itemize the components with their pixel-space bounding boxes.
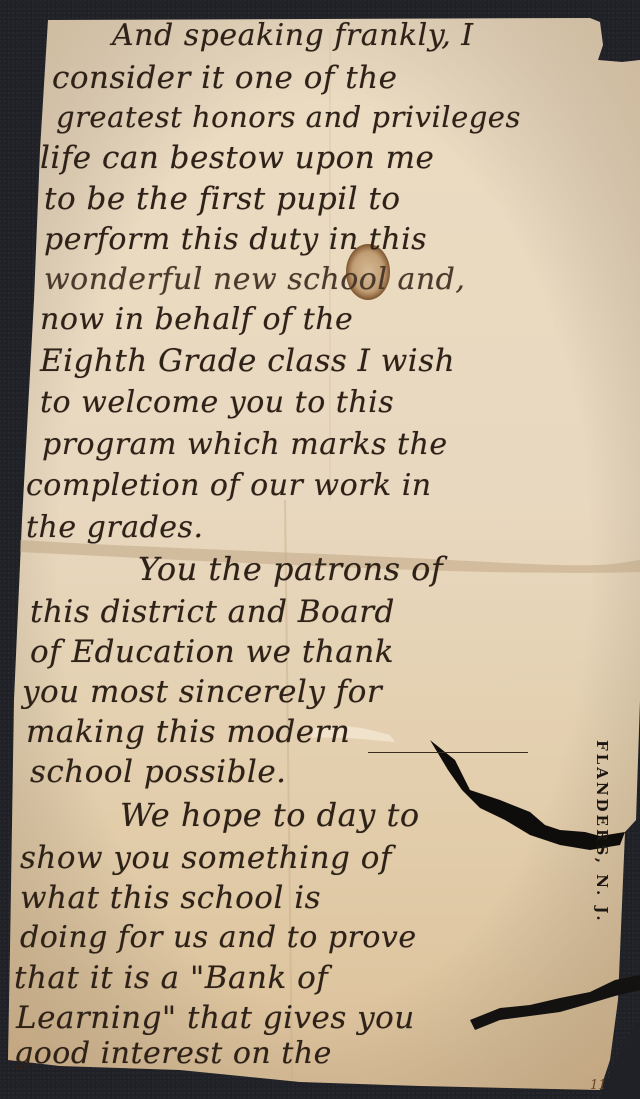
text-line-3: greatest honors and privileges: [56, 100, 521, 134]
text-line-18: making this modern: [26, 714, 350, 750]
text-line-22: what this school is: [20, 880, 321, 916]
underline-modern: [368, 752, 528, 753]
text-line-20: We hope to day to: [120, 796, 420, 834]
corner-mark: 11: [590, 1078, 607, 1093]
text-line-26: good interest on the: [14, 1036, 332, 1071]
text-line-1: And speaking frankly, I: [112, 18, 474, 53]
text-line-14: You the patrons of: [138, 550, 443, 588]
aged-paper-sheet: And speaking frankly, I consider it one …: [0, 0, 640, 1099]
text-line-8: now in behalf of the: [40, 302, 353, 337]
text-line-21: show you something of: [20, 840, 392, 876]
text-line-23: doing for us and to prove: [20, 920, 417, 955]
text-line-11: program which marks the: [42, 427, 448, 462]
text-line-6: perform this duty in this: [44, 222, 427, 257]
text-line-5: to be the first pupil to: [44, 181, 401, 217]
text-line-2: consider it one of the: [52, 60, 398, 96]
printed-stamp: FLANDERS, N. J.: [593, 740, 611, 924]
text-line-13: the grades.: [26, 510, 204, 545]
text-line-18-text: making this modern: [26, 714, 350, 750]
text-line-17: you most sincerely for: [22, 674, 382, 710]
text-line-15: this district and Board: [30, 594, 395, 630]
text-line-24: that it is a "Bank of: [14, 960, 328, 996]
text-line-4: life can bestow upon me: [40, 140, 434, 176]
text-line-16: of Education we thank: [30, 634, 394, 670]
handwritten-text: And speaking frankly, I consider it one …: [0, 0, 640, 1099]
text-line-19: school possible.: [30, 754, 287, 790]
text-line-7: wonderful new school and,: [44, 262, 465, 297]
text-line-25: Learning" that gives you: [16, 1000, 415, 1036]
text-line-12: completion of our work in: [26, 468, 432, 503]
text-line-10: to welcome you to this: [40, 385, 394, 420]
text-line-9: Eighth Grade class I wish: [40, 343, 455, 379]
